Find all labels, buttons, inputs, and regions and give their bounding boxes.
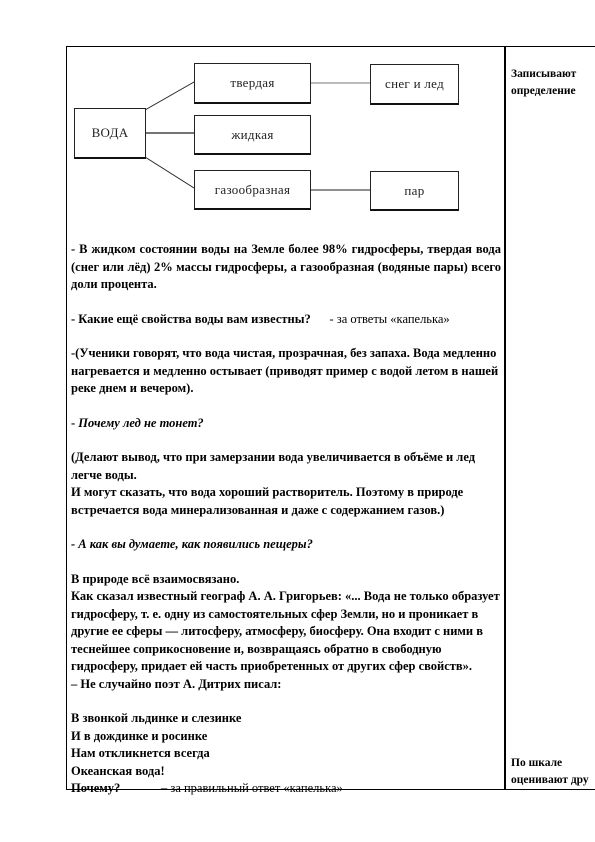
question-ice: - Почему лед не тонет? bbox=[71, 415, 501, 433]
paragraph-solvent: И могут сказать, что вода хороший раство… bbox=[71, 484, 501, 519]
paragraph-conclusion: (Делают вывод, что при замерзании вода у… bbox=[71, 449, 501, 484]
paragraph-poet: – Не случайно поэт А. Дитрих писал: bbox=[71, 676, 501, 694]
poem-line: Океанская вода! bbox=[71, 763, 501, 781]
diagram-box-steam: пар bbox=[370, 171, 459, 211]
side-note-line: По шкале bbox=[511, 755, 589, 772]
diagram-box-liquid: жидкая bbox=[194, 115, 311, 155]
paragraph-water-distribution: - В жидком состоянии воды на Земле более… bbox=[71, 241, 501, 294]
side-note-line: оценивают дру bbox=[511, 772, 589, 789]
side-note-line: определение bbox=[511, 83, 576, 100]
question-ice-text: Почему лед не тонет? bbox=[78, 416, 203, 430]
question-properties: - Какие ещё свойства воды вам известны? … bbox=[71, 311, 501, 329]
question-why: Почему?– за правильный ответ «капелька» bbox=[71, 780, 501, 798]
side-note-evaluation: По шкале оценивают дру bbox=[511, 755, 589, 789]
question-caves: - А как вы думаете, как появились пещеры… bbox=[71, 536, 501, 554]
question-caves-text: - А как вы думаете, как появились пещеры… bbox=[71, 537, 313, 551]
paragraph-students-answer: -(Ученики говорят, что вода чистая, проз… bbox=[71, 345, 501, 398]
water-states-diagram: ВОДА твердая жидкая газообразная снег и … bbox=[0, 0, 595, 230]
reward-note: – за правильный ответ «капелька» bbox=[161, 781, 343, 795]
question-text: - Какие ещё свойства воды вам известны? bbox=[71, 312, 311, 326]
main-text: - В жидком состоянии воды на Земле более… bbox=[71, 241, 501, 798]
poem-line: В звонкой льдинке и слезинке bbox=[71, 710, 501, 728]
diagram-box-solid: твердая bbox=[194, 63, 311, 104]
diagram-box-gas: газообразная bbox=[194, 170, 311, 210]
side-note-line: Записывают bbox=[511, 66, 576, 83]
poem-line: Нам откликнется всегда bbox=[71, 745, 501, 763]
poem-line: И в дождинке и росинке bbox=[71, 728, 501, 746]
paragraph-interconnection: В природе всё взаимосвязано. bbox=[71, 571, 501, 589]
diagram-box-snow-ice: снег и лед bbox=[370, 64, 459, 105]
question-why-text: Почему? bbox=[71, 780, 161, 798]
paragraph-quote: Как сказал известный географ А. А. Григо… bbox=[71, 588, 501, 676]
side-note-definition: Записывают определение bbox=[511, 66, 576, 100]
diagram-box-water: ВОДА bbox=[74, 108, 146, 159]
reward-note: - за ответы «капелька» bbox=[330, 312, 450, 326]
